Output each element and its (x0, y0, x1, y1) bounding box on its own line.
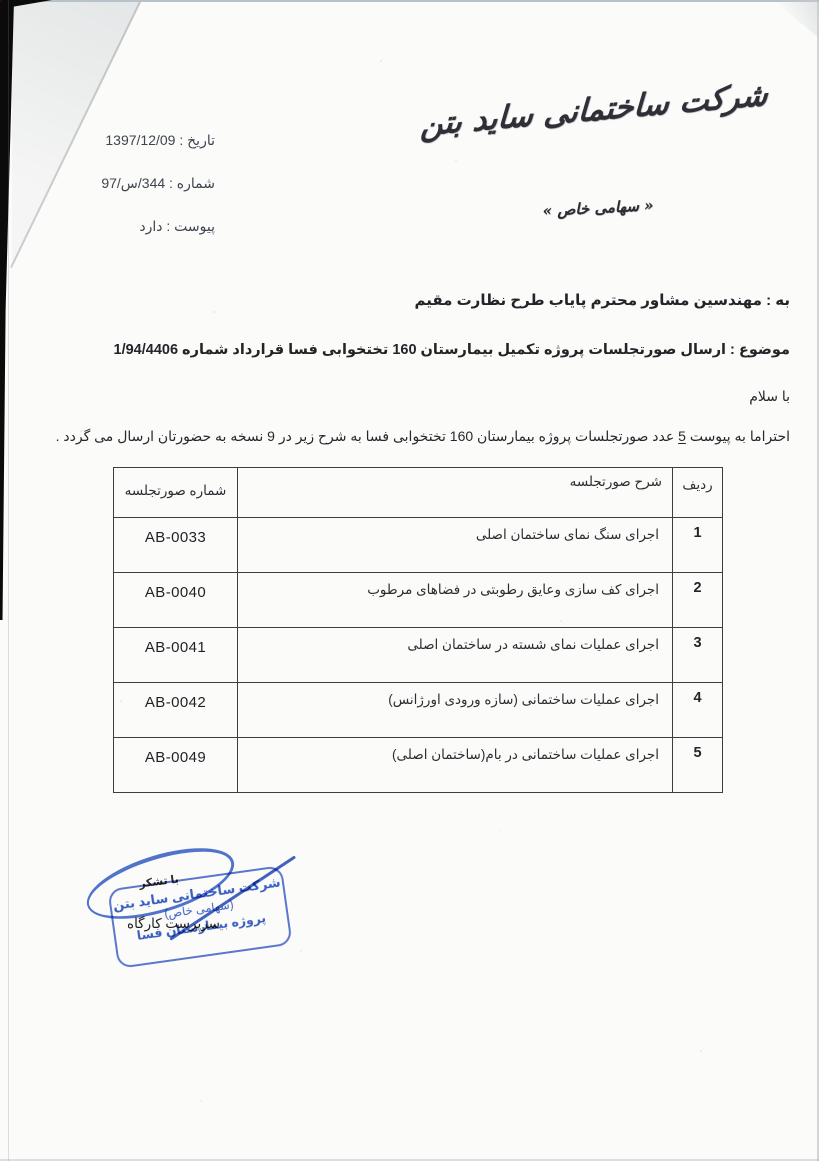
row-description: اجرای عملیات نمای شسته در ساختمان اصلی (238, 628, 673, 683)
recipient-line: به : مهندسین مشاور محترم پایاب طرح نظارت… (414, 291, 790, 309)
letter-number-line: شماره : 344/س/97 (101, 175, 215, 192)
table-row: 4 اجرای عملیات ساختمانی (سازه ورودی اورژ… (114, 683, 723, 738)
scan-top-right-corner (773, 0, 819, 38)
row-description: اجرای کف سازی وعایق رطوبتی در فضاهای مرط… (238, 573, 673, 628)
attachment-label: پیوست : (163, 218, 216, 234)
company-type-label: « سهامی خاص » (528, 195, 669, 220)
row-minutes-number: AB-0040 (114, 573, 238, 628)
table-row: 5 اجرای عملیات ساختمانی در بام(ساختمان ا… (114, 738, 723, 793)
row-minutes-number: AB-0041 (114, 628, 238, 683)
scan-left-black-strip (0, 0, 14, 620)
col-header-minutes-number: شماره صورتجلسه (114, 468, 238, 518)
row-description: اجرای عملیات ساختمانی (سازه ورودی اورژان… (238, 683, 673, 738)
row-minutes-number: AB-0042 (114, 683, 238, 738)
row-index: 4 (673, 683, 723, 738)
attachment-line: پیوست : دارد (139, 218, 215, 235)
col-header-description: شرح صورتجلسه (238, 468, 673, 518)
intro-text-after: عدد صورتجلسات پروژه بیمارستان 160 تختخوا… (56, 428, 679, 444)
table-header-row: ردیف شرح صورتجلسه شماره صورتجلسه (114, 468, 723, 518)
salutation-line: با سلام (749, 388, 790, 405)
scanned-letter-page: شرکت ساختمانی ساید بتن « سهامی خاص » تار… (0, 0, 819, 1161)
row-minutes-number: AB-0033 (114, 518, 238, 573)
letter-number-label: شماره : (165, 175, 215, 191)
scan-top-edge (0, 0, 819, 2)
attachment-value: دارد (139, 218, 162, 234)
attachment-count: 5 (678, 428, 686, 444)
row-minutes-number: AB-0049 (114, 738, 238, 793)
scan-left-edge-line (8, 0, 9, 1161)
company-logo-calligraphy: شرکت ساختمانی ساید بتن (404, 75, 784, 144)
minutes-table: ردیف شرح صورتجلسه شماره صورتجلسه 1 اجرای… (113, 467, 723, 793)
row-index: 5 (673, 738, 723, 793)
table-row: 3 اجرای عملیات نمای شسته در ساختمان اصلی… (114, 628, 723, 683)
date-line: تاریخ : 1397/12/09 (105, 132, 215, 149)
intro-line: احتراما به پیوست 5 عدد صورتجلسات پروژه ب… (56, 428, 790, 445)
subject-line: موضوع : ارسال صورتجلسات پروژه تکمیل بیما… (114, 342, 790, 358)
row-index: 1 (673, 518, 723, 573)
row-description: اجرای عملیات ساختمانی در بام(ساختمان اصل… (238, 738, 673, 793)
table-row: 2 اجرای کف سازی وعایق رطوبتی در فضاهای م… (114, 573, 723, 628)
date-label: تاریخ : (175, 132, 215, 148)
row-index: 3 (673, 628, 723, 683)
letter-number-value: 344/س/97 (101, 175, 165, 191)
table-row: 1 اجرای سنگ نمای ساختمان اصلی AB-0033 (114, 518, 723, 573)
signer-role-label: سرپرست کارگاه (127, 916, 220, 932)
scan-noise-speckles (0, 0, 2, 2)
col-header-row-index: ردیف (673, 468, 723, 518)
intro-text-before: احتراما به پیوست (686, 428, 790, 444)
row-index: 2 (673, 573, 723, 628)
date-value: 1397/12/09 (105, 132, 175, 148)
row-description: اجرای سنگ نمای ساختمان اصلی (238, 518, 673, 573)
